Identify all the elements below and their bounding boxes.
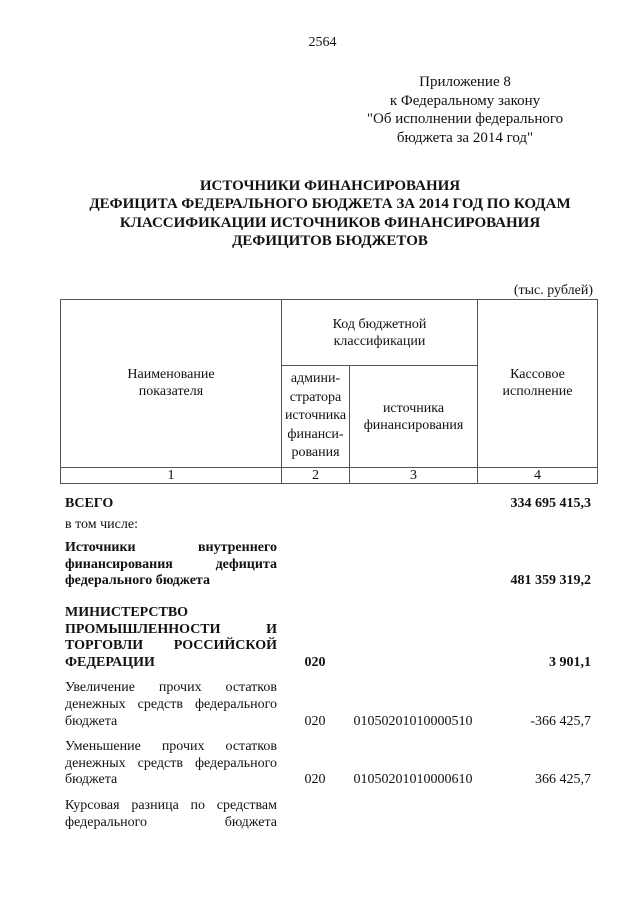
row-source-code: 01050201010000610 — [349, 772, 477, 789]
title-line: ИСТОЧНИКИ ФИНАНСИРОВАНИЯ — [80, 177, 580, 195]
row-name: в том числе: — [65, 517, 277, 534]
header-text: Наименование — [127, 366, 214, 383]
header-text: источника — [364, 400, 464, 417]
table-row-including: в том числе: — [65, 517, 593, 534]
row-admin-code: 020 — [281, 714, 349, 731]
table-row-exchange-difference: Курсовая разница по средствам федерально… — [65, 798, 593, 831]
header-text: админи- — [285, 370, 346, 389]
header-text: Код бюджетной — [333, 316, 427, 333]
row-name: ВСЕГО — [65, 496, 277, 513]
row-name: МИНИСТЕРСТВО ПРОМЫШЛЕННОСТИ И ТОРГОВЛИ Р… — [65, 605, 277, 671]
row-name: Уменьшение прочих остатков денежных сред… — [65, 739, 277, 789]
title-line: КЛАССИФИКАЦИИ ИСТОЧНИКОВ ФИНАНСИРОВАНИЯ — [80, 214, 580, 232]
row-admin-code: 020 — [281, 655, 349, 672]
table-row-total: ВСЕГО 334 695 415,3 — [65, 496, 593, 513]
header-name: Наименование показателя — [61, 300, 281, 467]
row-value: -366 425,7 — [530, 714, 591, 731]
header-execution: Кассовое исполнение — [478, 300, 597, 467]
header-text: финанси- — [285, 426, 346, 445]
header-text: классификации — [333, 333, 427, 350]
column-number-2: 2 — [282, 468, 349, 483]
appendix-line: к Федеральному закону — [360, 92, 570, 111]
header-text: финансирования — [364, 417, 464, 434]
row-value: 366 425,7 — [535, 772, 591, 789]
header-text: рования — [285, 444, 346, 463]
header-text: источника — [285, 407, 346, 426]
document-title: ИСТОЧНИКИ ФИНАНСИРОВАНИЯ ДЕФИЦИТА ФЕДЕРА… — [80, 177, 580, 251]
table-body: ВСЕГО 334 695 415,3 в том числе: Источни… — [65, 496, 593, 831]
title-line: ДЕФИЦИТА ФЕДЕРАЛЬНОГО БЮДЖЕТА ЗА 2014 ГО… — [80, 195, 580, 213]
table-header: Наименование показателя Код бюджетной кл… — [60, 299, 598, 484]
header-admin: админи- стратора источника финанси- рова… — [282, 366, 349, 467]
row-value: 481 359 319,2 — [511, 573, 592, 590]
row-name: Курсовая разница по средствам федерально… — [65, 798, 277, 831]
column-number-1: 1 — [61, 468, 281, 483]
column-number-4: 4 — [478, 468, 597, 483]
header-text: Кассовое — [503, 366, 573, 383]
page-number: 2564 — [0, 35, 640, 51]
appendix-reference: Приложение 8 к Федеральному закону "Об и… — [360, 73, 570, 147]
row-admin-code: 020 — [281, 772, 349, 789]
row-value: 3 901,1 — [549, 655, 591, 672]
header-code-group: Код бюджетной классификации — [282, 300, 477, 365]
header-text: показателя — [127, 383, 214, 400]
row-value: 334 695 415,3 — [511, 496, 592, 513]
header-text: исполнение — [503, 383, 573, 400]
title-line: ДЕФИЦИТОВ БЮДЖЕТОВ — [80, 232, 580, 250]
table-row-internal-sources: Источники внутреннего финансирования деф… — [65, 540, 593, 590]
units-label: (тыс. рублей) — [514, 283, 593, 299]
row-source-code: 01050201010000510 — [349, 714, 477, 731]
header-source: источника финансирования — [350, 366, 477, 467]
header-text: стратора — [285, 389, 346, 408]
appendix-line: "Об исполнении федерального — [360, 110, 570, 129]
column-number-3: 3 — [350, 468, 477, 483]
row-name: Источники внутреннего финансирования деф… — [65, 540, 277, 590]
row-name: Увеличение прочих остатков денежных сред… — [65, 680, 277, 730]
table-row-increase: Увеличение прочих остатков денежных сред… — [65, 680, 593, 730]
table-row-decrease: Уменьшение прочих остатков денежных сред… — [65, 739, 593, 789]
table-row-ministry: МИНИСТЕРСТВО ПРОМЫШЛЕННОСТИ И ТОРГОВЛИ Р… — [65, 605, 593, 671]
appendix-line: бюджета за 2014 год" — [360, 129, 570, 148]
appendix-line: Приложение 8 — [360, 73, 570, 92]
